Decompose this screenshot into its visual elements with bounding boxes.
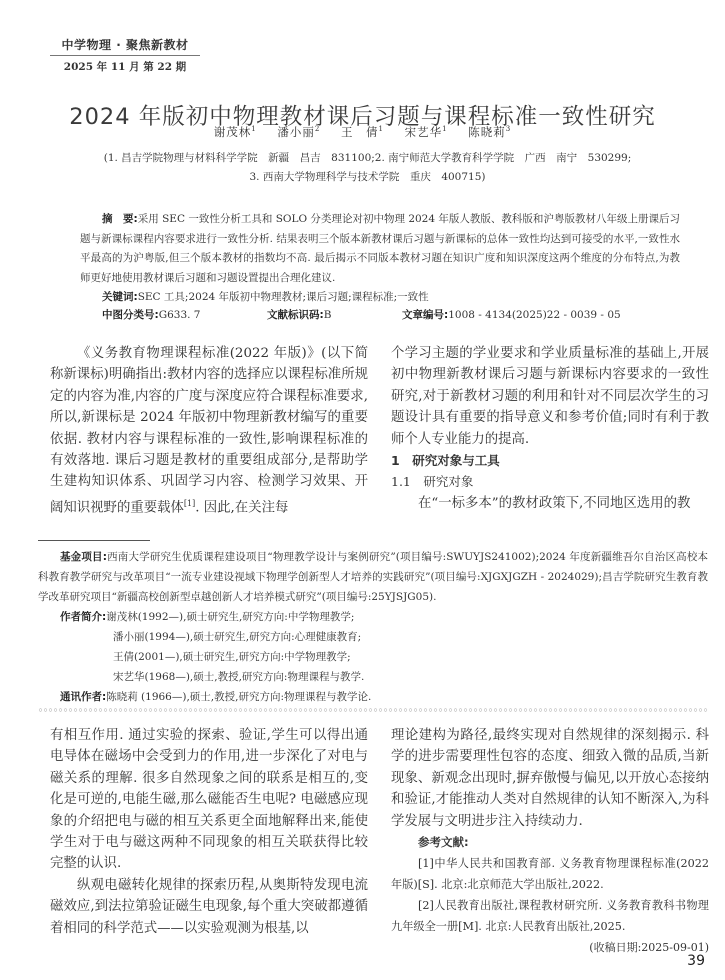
author: 王 倩1 <box>341 125 384 139</box>
body-left-column-bottom: 有相互作用. 通过实验的探索、验证,学生可以得出通电导体在磁场中会受到力的作用,… <box>50 725 368 939</box>
reference-item: [2]人民教育出版社,课程教材研究所. 义务教育教科书物理九年级全一册[M]. … <box>391 895 709 937</box>
section-heading: 1 研究对象与工具 <box>391 450 709 471</box>
fund-text: 西南大学研究生优质课程建设项目“物理教学设计与案例研究”(项目编号:SWUYJS… <box>38 551 708 603</box>
keywords-text: SEC 工具;2024 年版初中物理教材;课后习题;课程标准;一致性 <box>138 291 429 303</box>
issue-info: 2025 年 11 月 第 22 期 <box>50 59 200 74</box>
abstract: 摘 要:采用 SEC 一致性分析工具和 SOLO 分类理论对初中物理 2024 … <box>80 210 680 308</box>
author: 谢茂林1 <box>214 125 257 139</box>
journal-name: 中学物理 · 聚焦新教材 <box>50 36 200 56</box>
keywords-label: 关键词: <box>102 291 138 303</box>
author: 陈晓莉3 <box>468 125 511 139</box>
reference-item: [1]中华人民共和国教育部. 义务教育物理课程标准(2022 年版)[S]. 北… <box>391 853 709 895</box>
page-number: 39 <box>687 953 705 969</box>
footnote-divider <box>38 540 150 541</box>
bio-label: 作者简介: <box>60 611 106 623</box>
abstract-label: 摘 要: <box>102 213 138 225</box>
page-break-divider <box>38 708 708 712</box>
author: 潘小丽2 <box>277 125 320 139</box>
article-number: 文章编号:1008 - 4134(2025)22 - 0039 - 05 <box>402 307 621 322</box>
author: 宋艺华1 <box>405 125 448 139</box>
body-left-column-top: 《义务教育物理课程标准(2022 年版)》(以下简称新课标)明确指出:教材内容的… <box>50 343 368 519</box>
received-date: (收稿日期:2025-09-01) <box>391 937 709 958</box>
abstract-text: 采用 SEC 一致性分析工具和 SOLO 分类理论对初中物理 2024 年版人教… <box>80 213 680 284</box>
fund-label: 基金项目: <box>60 551 107 563</box>
body-right-column-top: 个学习主题的学业要求和学业质量标准的基础上,开展初中物理新教材课后习题与新课标内… <box>391 343 709 514</box>
doc-code: 文献标识码:B <box>267 307 331 322</box>
author-list: 谢茂林1 潘小丽2 王 倩1 宋艺华1 陈晓莉3 <box>0 124 725 140</box>
subsection-heading: 1.1 研究对象 <box>391 471 709 492</box>
corresponding-label: 通讯作者: <box>60 691 106 703</box>
footnotes: 基金项目:西南大学研究生优质课程建设项目“物理教学设计与案例研究”(项目编号:S… <box>38 547 708 707</box>
affiliations: (1. 昌吉学院物理与材料科学学院 新疆 昌吉 831100;2. 南宁师范大学… <box>60 149 675 187</box>
references-heading: 参考文献: <box>391 832 709 853</box>
clc-code: 中图分类号:G633. 7 <box>102 307 201 322</box>
citation: [1] <box>184 499 195 508</box>
journal-header: 中学物理 · 聚焦新教材 2025 年 11 月 第 22 期 <box>50 36 200 74</box>
body-right-column-bottom: 理论建构为路径,最终实现对自然规律的深刻揭示. 科学的进步需要理性包容的态度、细… <box>391 725 709 959</box>
